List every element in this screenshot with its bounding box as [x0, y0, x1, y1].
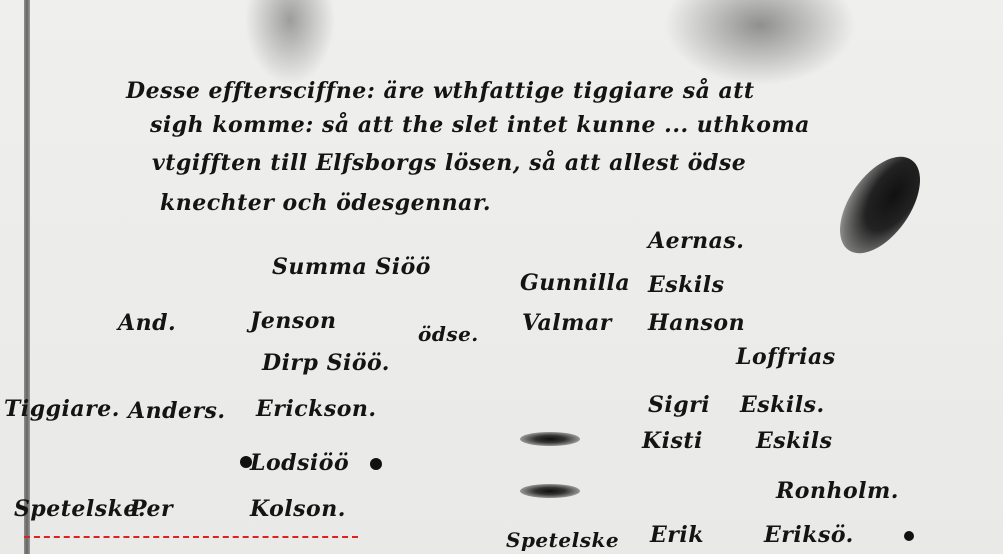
- place-name: Summa Siöö: [272, 254, 431, 280]
- place-name: Lodsiöö: [250, 450, 349, 476]
- margin-rule: [24, 0, 30, 554]
- paragraph-line-2: sigh komme: så att the slet intet kunne …: [150, 112, 810, 138]
- paragraph-line-3: vtgifften till Elfsborgs lösen, så att a…: [152, 150, 746, 176]
- surname: Erickson.: [256, 396, 377, 422]
- given-name: Anders.: [128, 398, 226, 424]
- given-name: Valmar: [522, 310, 612, 336]
- place-name: Aernas.: [648, 228, 744, 254]
- ink-smudge: [520, 484, 580, 498]
- given-name: Kisti: [642, 428, 703, 454]
- place-name: Loffrias: [736, 344, 836, 370]
- ink-dot: [904, 531, 914, 541]
- ink-dot: [370, 458, 382, 470]
- place-name: Ronholm.: [776, 478, 899, 504]
- given-name: Sigri: [648, 392, 710, 418]
- paragraph-line-4: knechter och ödesgennar.: [160, 190, 491, 216]
- manuscript-page: Desse efftersciffne: äre wthfattige tigg…: [0, 0, 1003, 554]
- given-name: Gunnilla: [520, 270, 630, 296]
- entry-note: ödse.: [418, 322, 479, 346]
- surname: Kolson.: [250, 496, 346, 522]
- entry-label: Spetelske: [506, 528, 619, 552]
- given-name: Erik: [650, 522, 704, 548]
- given-name: Per: [130, 496, 173, 522]
- surname: Eskils.: [740, 392, 825, 418]
- surname: Eriksö.: [764, 522, 854, 548]
- annotation-underline: [24, 536, 358, 538]
- place-name: Dirp Siöö.: [262, 350, 390, 376]
- paragraph-line-1: Desse efftersciffne: äre wthfattige tigg…: [126, 78, 755, 104]
- surname: Hanson: [648, 310, 745, 336]
- surname: Eskils: [648, 272, 725, 298]
- entry-label: Spetelske.: [14, 496, 146, 522]
- given-name: And.: [118, 310, 176, 336]
- ink-smudge: [520, 432, 580, 446]
- ink-blot: [824, 143, 936, 268]
- surname: Eskils: [756, 428, 833, 454]
- surname: Jenson: [250, 308, 336, 334]
- entry-label: Tiggiare.: [4, 396, 120, 422]
